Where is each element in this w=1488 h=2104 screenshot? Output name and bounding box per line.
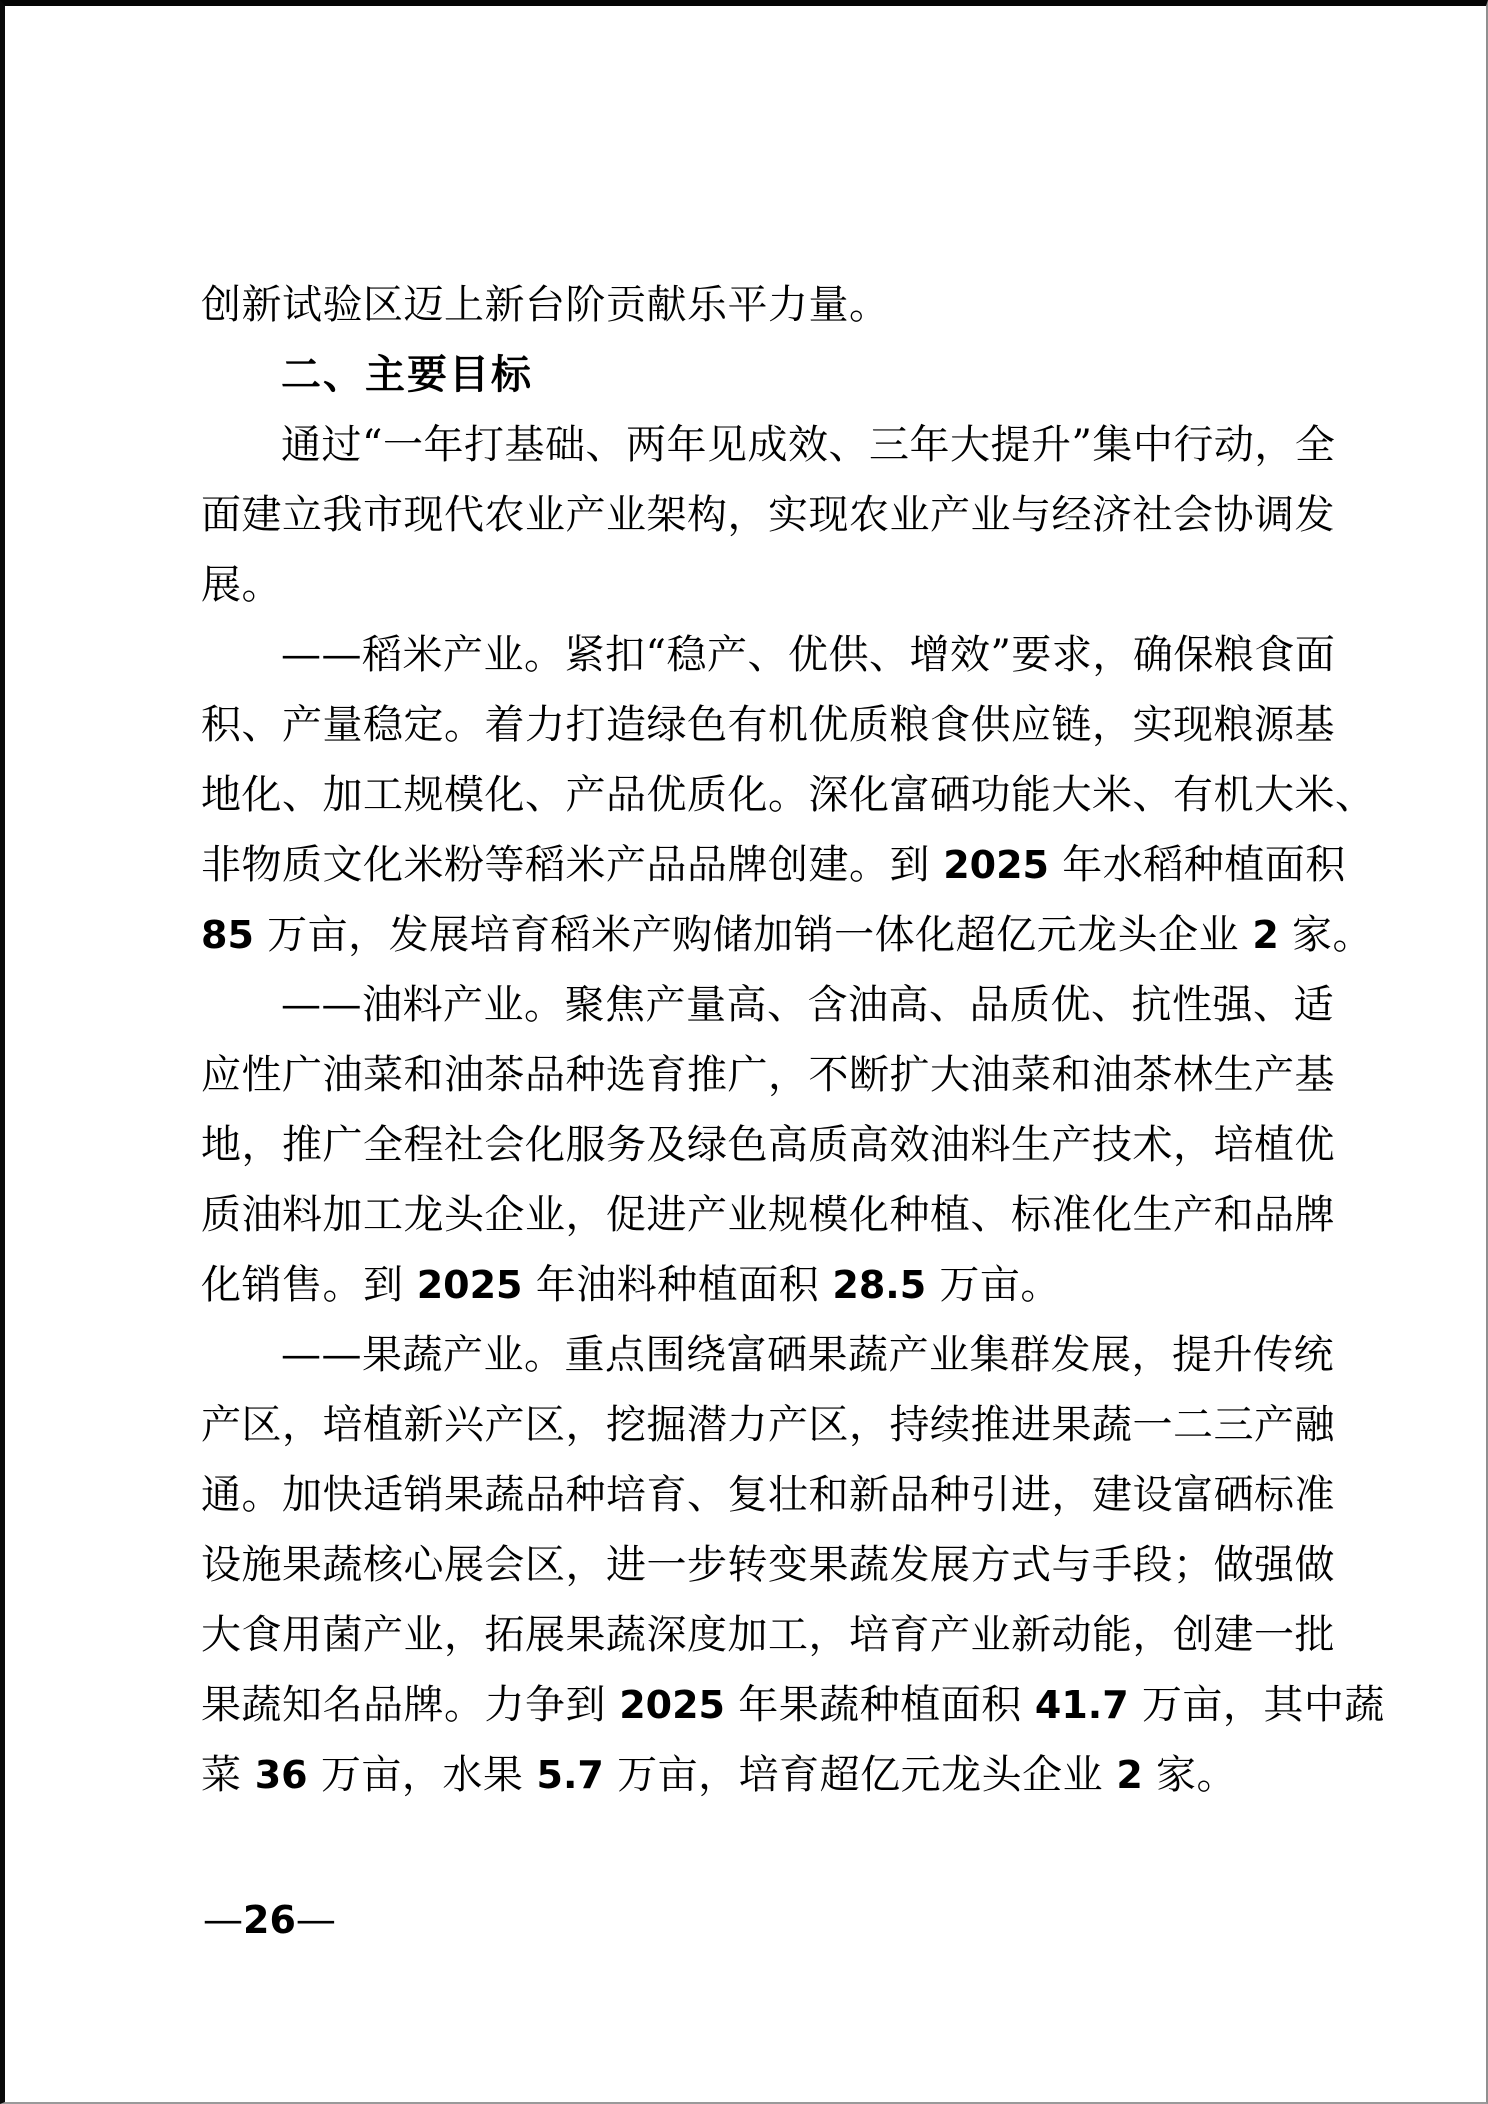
numeral: 2 [1116,1753,1142,1797]
numeral: 36 [255,1753,308,1797]
numeral: 41.7 [1035,1683,1129,1727]
numeral: 2 [1252,913,1278,957]
page-number: —26— [203,1894,336,1946]
text-line: 设施果蔬核心展会区，进一步转变果蔬发展方式与手段；做强做 [201,1530,1341,1600]
document-page: 创新试验区迈上新台阶贡献乐平力量。二、主要目标通过“一年打基础、两年见成效、三年… [0,0,1488,2104]
text-line: 展。 [201,550,1341,620]
text-block: 创新试验区迈上新台阶贡献乐平力量。二、主要目标通过“一年打基础、两年见成效、三年… [201,270,1341,1810]
text-line: 地化、加工规模化、产品优质化。深化富硒功能大米、有机大米、 [201,760,1341,830]
text-line: 菜 36 万亩，水果 5.7 万亩，培育超亿元龙头企业 2 家。 [201,1740,1341,1810]
numeral: 2025 [619,1683,725,1727]
text-line: 质油料加工龙头企业，促进产业规模化种植、标准化生产和品牌 [201,1180,1341,1250]
text-line: ——稻米产业。紧扣“稳产、优供、增效”要求，确保粮食面 [201,620,1341,690]
text-line: 化销售。到 2025 年油料种植面积 28.5 万亩。 [201,1250,1341,1320]
numeral: 2025 [943,843,1049,887]
numeral: 26 [243,1898,296,1942]
text-line: 积、产量稳定。着力打造绿色有机优质粮食供应链，实现粮源基 [201,690,1341,760]
numeral: 28.5 [832,1263,926,1307]
numeral: 2025 [417,1263,523,1307]
text-line: 通。加快适销果蔬品种培育、复壮和新品种引进，建设富硒标准 [201,1460,1341,1530]
text-line: 面建立我市现代农业产业架构，实现农业产业与经济社会协调发 [201,480,1341,550]
text-line: 果蔬知名品牌。力争到 2025 年果蔬种植面积 41.7 万亩，其中蔬 [201,1670,1341,1740]
text-line: 非物质文化米粉等稻米产品品牌创建。到 2025 年水稻种植面积 [201,830,1341,900]
text-line: 地，推广全程社会化服务及绿色高质高效油料生产技术，培植优 [201,1110,1341,1180]
text-line: 应性广油菜和油茶品种选育推广，不断扩大油菜和油茶林生产基 [201,1040,1341,1110]
text-line: 通过“一年打基础、两年见成效、三年大提升”集中行动，全 [201,410,1341,480]
numeral: 85 [201,913,254,957]
text-line: ——油料产业。聚焦产量高、含油高、品质优、抗性强、适 [201,970,1341,1040]
text-line: 创新试验区迈上新台阶贡献乐平力量。 [201,270,1341,340]
text-line: 大食用菌产业，拓展果蔬深度加工，培育产业新动能，创建一批 [201,1600,1341,1670]
numeral: 5.7 [537,1753,604,1797]
text-line: ——果蔬产业。重点围绕富硒果蔬产业集群发展，提升传统 [201,1320,1341,1390]
text-line: 85 万亩，发展培育稻米产购储加销一体化超亿元龙头企业 2 家。 [201,900,1341,970]
section-heading: 二、主要目标 [201,340,1341,410]
text-line: 产区，培植新兴产区，挖掘潜力产区，持续推进果蔬一二三产融 [201,1390,1341,1460]
